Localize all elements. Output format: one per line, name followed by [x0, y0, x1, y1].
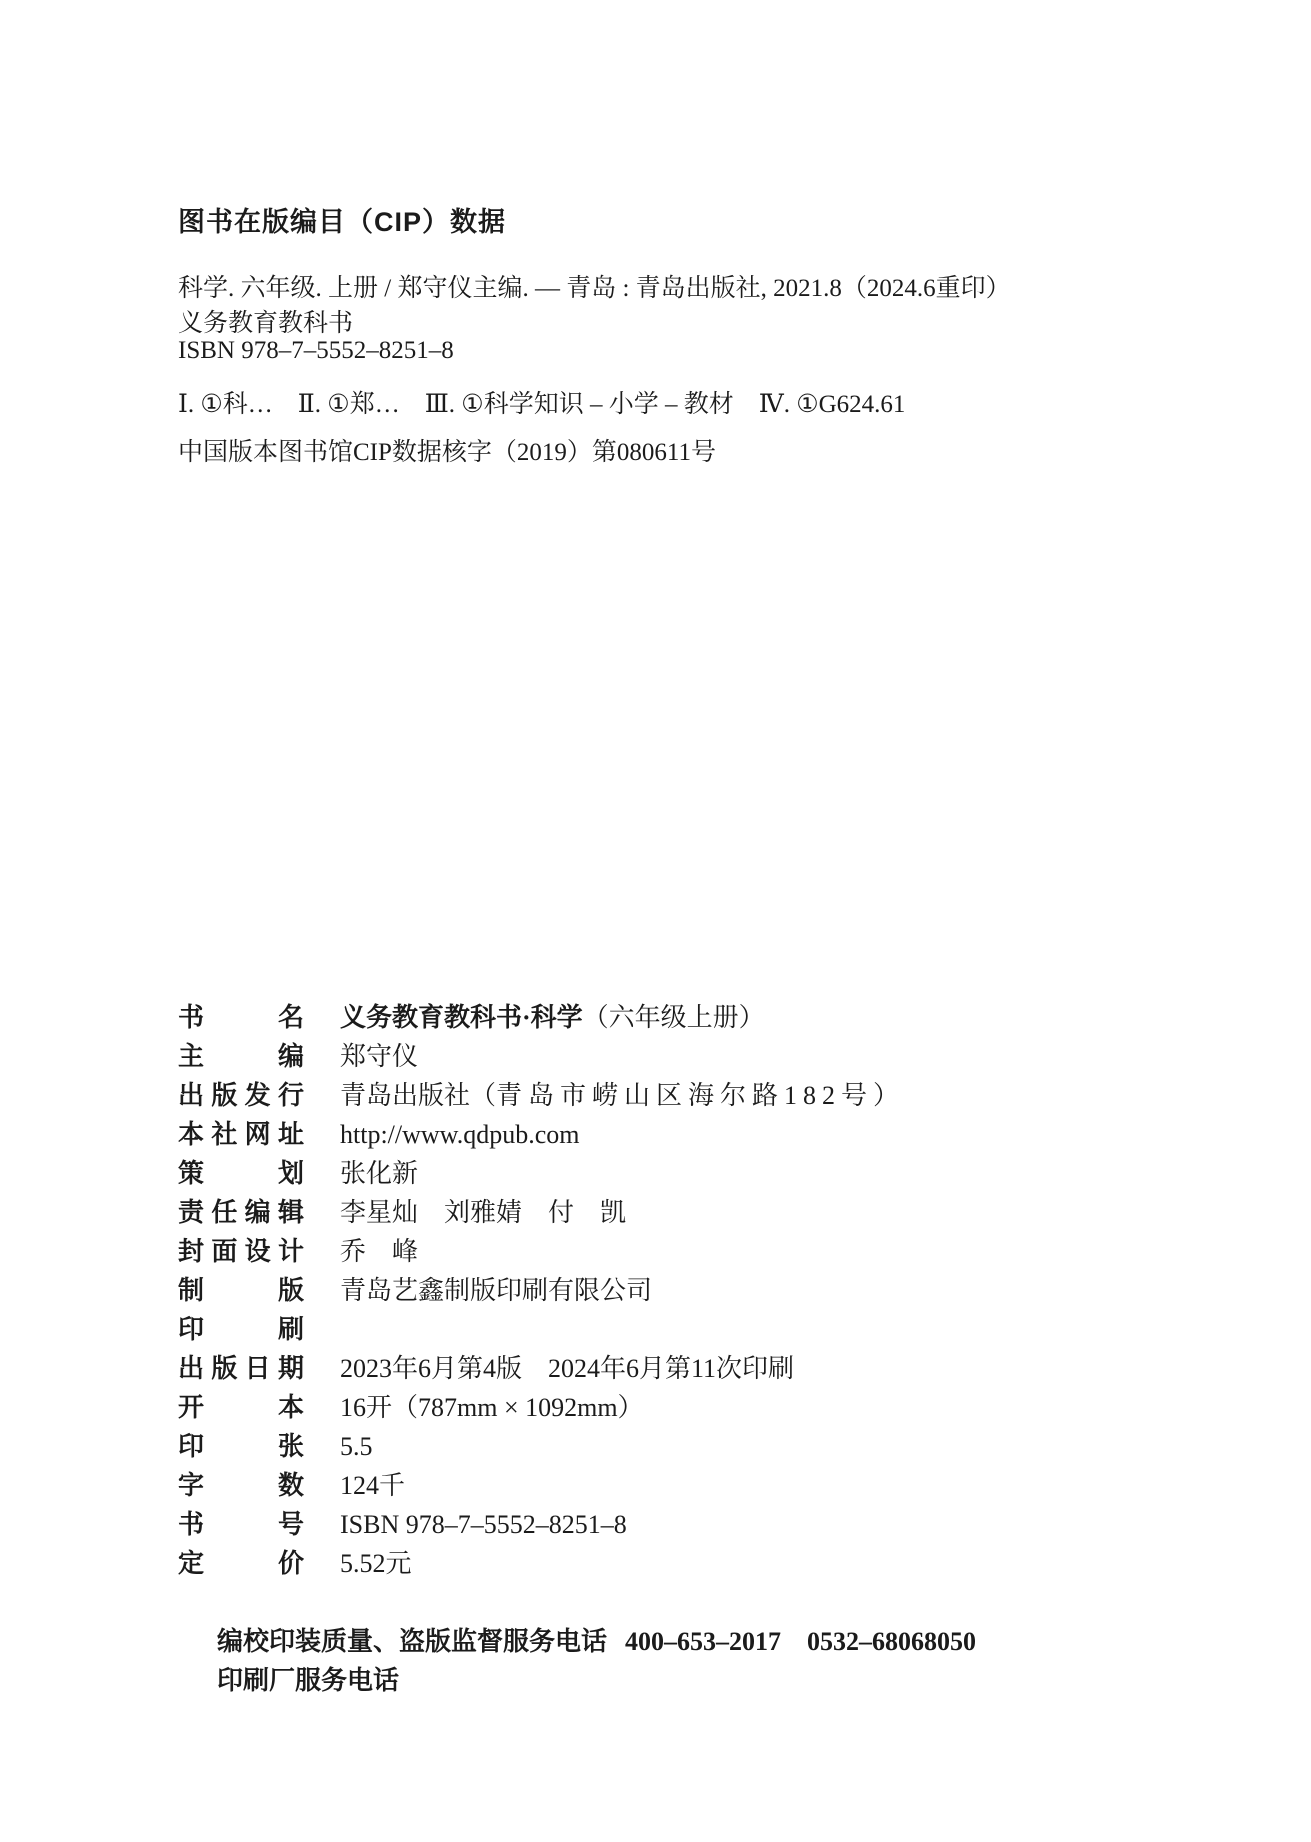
field-label: 责任编辑 — [178, 1193, 304, 1232]
field-label: 印刷 — [178, 1310, 304, 1349]
field-value: 义务教育教科书·科学（六年级上册） — [340, 998, 765, 1037]
colophon-row-responsible-editors: 责任编辑 李星灿 刘雅婧 付 凯 — [178, 1193, 1178, 1232]
field-label: 印张 — [178, 1427, 304, 1466]
field-label: 字数 — [178, 1466, 304, 1505]
publisher-name: 青岛出版社（ — [340, 1081, 496, 1110]
colophon-row-publisher: 出版发行 青岛出版社（青岛市崂山区海尔路182号） — [178, 1076, 1178, 1115]
field-label: 出版发行 — [178, 1076, 304, 1115]
field-label: 本社网址 — [178, 1115, 304, 1154]
cip-record-number-line: 中国版本图书馆CIP数据核字（2019）第080611号 — [178, 432, 716, 468]
colophon-row-publish-date: 出版日期 2023年6月第4版 2024年6月第11次印刷 — [178, 1349, 1178, 1388]
colophon-row-planner: 策划 张化新 — [178, 1154, 1178, 1193]
field-value: 青岛艺鑫制版印刷有限公司 — [340, 1271, 652, 1310]
colophon-row-word-count: 字数 124千 — [178, 1466, 1178, 1505]
cip-series-line: 义务教育教科书 — [178, 303, 353, 339]
field-value: 乔 峰 — [340, 1232, 418, 1271]
book-title-main: 义务教育教科书·科学 — [340, 1003, 583, 1032]
website-url: http://www.qdpub.com — [340, 1115, 580, 1154]
field-label: 定价 — [178, 1544, 304, 1583]
colophon-row-book-number: 书号 ISBN 978–7–5552–8251–8 — [178, 1505, 1178, 1544]
quality-supervision-phone-line: 编校印装质量、盗版监督服务电话400–653–2017 0532–6806805… — [178, 1583, 1178, 1622]
field-label: 开本 — [178, 1388, 304, 1427]
field-value: 郑守仪 — [340, 1037, 418, 1076]
field-value: 青岛出版社（青岛市崂山区海尔路182号） — [340, 1076, 899, 1115]
field-label: 封面设计 — [178, 1232, 304, 1271]
field-value: 124千 — [340, 1466, 405, 1505]
field-value: 李星灿 刘雅婧 付 凯 — [340, 1193, 626, 1232]
colophon-row-price: 定价 5.52元 — [178, 1544, 1178, 1583]
book-title-volume: （六年级上册） — [583, 1003, 765, 1032]
colophon-row-format: 开本 16开（787mm × 1092mm） — [178, 1388, 1178, 1427]
cip-classification-line: Ⅰ. ①科… Ⅱ. ①郑… Ⅲ. ①科学知识 – 小学 – 教材 Ⅳ. ①G62… — [178, 384, 905, 420]
field-label: 书名 — [178, 998, 304, 1037]
field-label: 主编 — [178, 1037, 304, 1076]
publisher-address: 青岛市崂山区海尔路182号 — [496, 1081, 873, 1110]
colophon-row-book-title: 书名 义务教育教科书·科学（六年级上册） — [178, 998, 1178, 1037]
printer-service-label: 印刷厂服务电话 — [217, 1665, 399, 1695]
colophon-row-printed-sheets: 印张 5.5 — [178, 1427, 1178, 1466]
publisher-paren-close: ） — [873, 1081, 899, 1110]
colophon-row-cover-design: 封面设计 乔 峰 — [178, 1232, 1178, 1271]
field-value: 张化新 — [340, 1154, 418, 1193]
colophon-row-printing: 印刷 — [178, 1310, 1178, 1349]
quality-supervision-phones: 400–653–2017 0532–68068050 — [625, 1627, 976, 1656]
field-value: ISBN 978–7–5552–8251–8 — [340, 1505, 627, 1544]
field-label: 策划 — [178, 1154, 304, 1193]
colophon-row-chief-editor: 主编 郑守仪 — [178, 1037, 1178, 1076]
field-label: 出版日期 — [178, 1349, 304, 1388]
field-value: 16开（787mm × 1092mm） — [340, 1388, 644, 1427]
quality-supervision-label: 编校印装质量、盗版监督服务电话 — [217, 1626, 607, 1656]
field-value: 5.5 — [340, 1427, 373, 1466]
cip-isbn-line: ISBN 978–7–5552–8251–8 — [178, 337, 454, 365]
field-label: 制版 — [178, 1271, 304, 1310]
field-value: 2023年6月第4版 2024年6月第11次印刷 — [340, 1349, 794, 1388]
colophon-row-plate-making: 制版 青岛艺鑫制版印刷有限公司 — [178, 1271, 1178, 1310]
colophon-row-website: 本社网址 http://www.qdpub.com — [178, 1115, 1178, 1154]
book-copyright-page: 图书在版编目（CIP）数据 科学. 六年级. 上册 / 郑守仪主编. — 青岛 … — [0, 0, 1311, 1842]
field-label: 书号 — [178, 1505, 304, 1544]
field-value: 5.52元 — [340, 1544, 412, 1583]
cip-heading: 图书在版编目（CIP）数据 — [178, 200, 506, 239]
colophon: 书名 义务教育教科书·科学（六年级上册） 主编 郑守仪 出版发行 青岛出版社（青… — [178, 998, 1178, 1661]
cip-description-line: 科学. 六年级. 上册 / 郑守仪主编. — 青岛 : 青岛出版社, 2021.… — [178, 268, 1011, 304]
